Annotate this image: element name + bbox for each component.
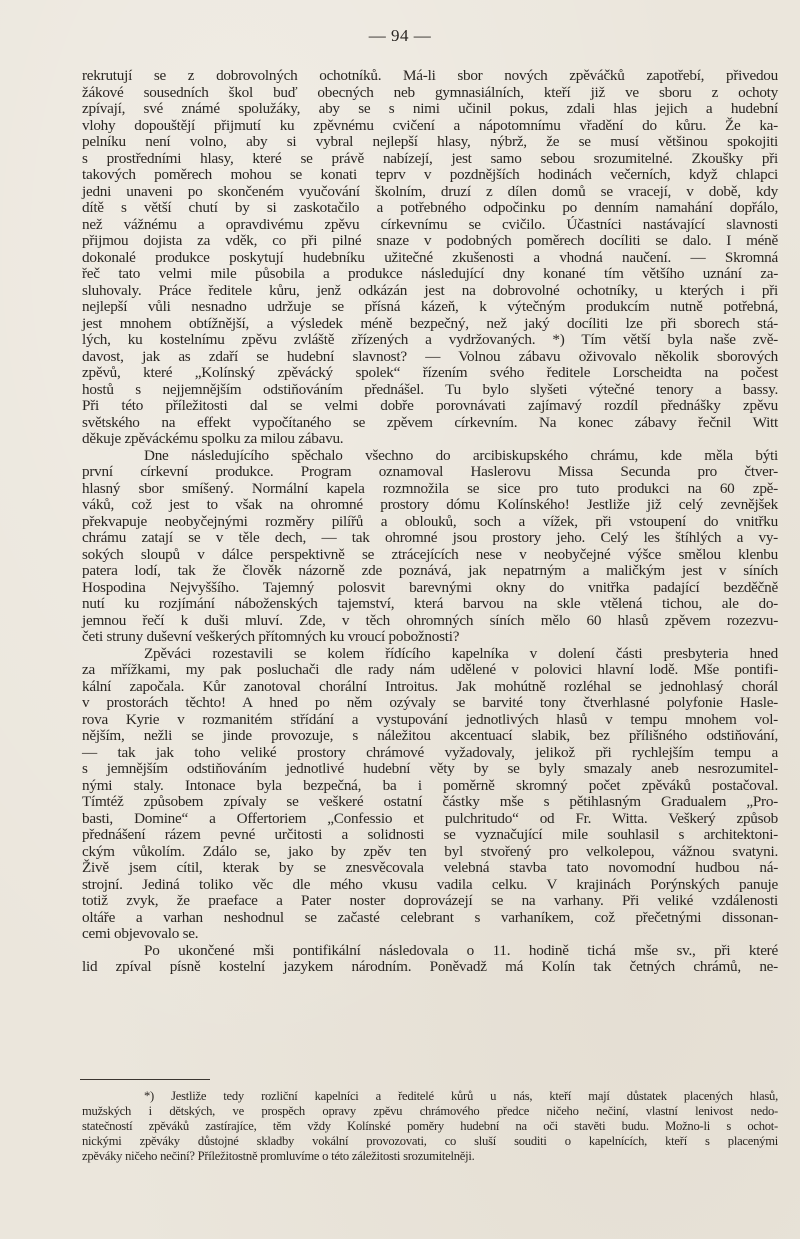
text-line: přednášení rázem pevné určitosti a solid… (82, 827, 778, 844)
text-line: takových poměrech mohou se konati teprv … (82, 167, 778, 184)
text-line: strojní. Jediná toliko věc dle mého vkus… (82, 877, 778, 894)
text-line: nými staly. Intonace byla bezpečná, ba i… (82, 778, 778, 795)
text-line: váků, což jest to však na ohromné prosto… (82, 497, 778, 514)
text-line: Živě jsem cítil, kterak by se znesvěcova… (82, 860, 778, 877)
text-line: dítě s větší chutí by si zaskotačilo a p… (82, 200, 778, 217)
text-line: Tímtéž způsobem zpívaly se veškeré ostat… (82, 794, 778, 811)
text-line: nutí ku rozjímání náboženských tajemství… (82, 596, 778, 613)
footnote-separator (80, 1079, 210, 1080)
text-line: překvapuje neobyčejnými rozměry pilířů a… (82, 514, 778, 531)
text-line: nějším, nežli se jinde provozuje, s nále… (82, 728, 778, 745)
text-line: než vážnému a opravdivému zpěvu církevní… (82, 217, 778, 234)
text-line: dokonalé produkce poskytují hudebníku už… (82, 250, 778, 267)
text-line: hlasný sbor smíšený. Normální kapela roz… (82, 481, 778, 498)
text-line: pelníku není volno, aby si vybral nejlep… (82, 134, 778, 151)
text-line: — tak jak toho veliké prostory chrámové … (82, 745, 778, 762)
footnote-line: statečností zpěváků zastírajíce, těm vžd… (82, 1119, 778, 1134)
text-line: první církevní produkce. Program oznamov… (82, 464, 778, 481)
text-line: nejlepší vůli nesnadno udržuje se přísná… (82, 299, 778, 316)
text-line: zpěvů, které „Kolínský zpěvácký spolek“ … (82, 365, 778, 382)
text-line: chrámu zatají se v těle dech, — tak ohro… (82, 530, 778, 547)
text-line: rova Kyrie v rozmanitém střídání a vystu… (82, 712, 778, 729)
text-line: Zpěváci rozestavili se kolem řídícího ka… (82, 646, 778, 663)
text-line: kální započala. Kůr zanotoval chorální I… (82, 679, 778, 696)
text-line: patera lodí, tak že člověk názorně zde p… (82, 563, 778, 580)
text-line: totiž zvyk, že praeface a Pater noster d… (82, 893, 778, 910)
text-line: sluhovaly. Práce ředitele kůru, jenž odk… (82, 283, 778, 300)
text-line: v prostorách těchto! A hned po něm ozýva… (82, 695, 778, 712)
book-page: — 94 — rekrutují se z dobrovolných ochot… (0, 0, 800, 1239)
text-line: řeč tato velmi mile působila a produkce … (82, 266, 778, 283)
text-line: vlohy dopouštějí přijmutí ku zpěvnému cv… (82, 118, 778, 135)
text-line: jest mnohem obtížnější, a výsledek méně … (82, 316, 778, 333)
text-line: za mřížkami, my pak posluchači dle rady … (82, 662, 778, 679)
text-line: přijmou dojista za vděk, co při pilné sn… (82, 233, 778, 250)
text-line: Hospodina Nejvyššího. Tajemný polosvit b… (82, 580, 778, 597)
page-number: — 94 — (0, 26, 800, 46)
text-line: jedni unaveni po skončeném vyučování ško… (82, 184, 778, 201)
text-line: hostů s nejjemnějším odstiňováním předná… (82, 382, 778, 399)
text-line: s jemnějším odstiňováním jednotlivé hude… (82, 761, 778, 778)
footnote-line: zpěváky ničeho nečiní? Příležitostně pro… (82, 1149, 778, 1164)
text-line: četi struny duševní veškerých přítomných… (82, 629, 778, 646)
footnote-line: nickými zpěváky důstojné skladby vokální… (82, 1134, 778, 1149)
text-line: děkuje zpěváckému spolku za milou zábavu… (82, 431, 778, 448)
text-line: zpívají, své známé spolužáky, aby se s n… (82, 101, 778, 118)
text-line: žákové sousedních škol buď obecných neb … (82, 85, 778, 102)
body-text: rekrutují se z dobrovolných ochotníků. M… (82, 68, 778, 976)
footnote: *) Jestliže tedy rozliční kapelníci a ře… (82, 1089, 778, 1164)
text-line: cemi objevovalo se. (82, 926, 778, 943)
footnote-line: mužských i dětských, ve prospěch opravy … (82, 1104, 778, 1119)
text-line: Při této příležitosti dal se velmi dobře… (82, 398, 778, 415)
text-line: basti, Domine“ a Offertoriem „Confessio … (82, 811, 778, 828)
text-line: oltáře a varhan neshodnul se začasté cel… (82, 910, 778, 927)
text-line: s prostředními hlasy, které se právě nab… (82, 151, 778, 168)
text-line: Dne následujícího spěchalo všechno do ar… (82, 448, 778, 465)
text-line: jemnou řečí k duši mluví. Zde, v těch oh… (82, 613, 778, 630)
text-line: ckým vůkolím. Zdálo se, jako by zpěv ten… (82, 844, 778, 861)
footnote-line: *) Jestliže tedy rozliční kapelníci a ře… (82, 1089, 778, 1104)
text-line: sokých sloupů v dálce perspektivně se zt… (82, 547, 778, 564)
text-line: lých, ku kostelnímu zpěvu zvláště zřízen… (82, 332, 778, 349)
text-line: světského na effekt vypočítaného se zpěv… (82, 415, 778, 432)
text-line: lid zpíval písně kostelní jazykem národn… (82, 959, 778, 976)
text-line: Po ukončené mši pontifikální následovala… (82, 943, 778, 960)
text-line: rekrutují se z dobrovolných ochotníků. M… (82, 68, 778, 85)
text-line: davost, jak as zdaří se hudební slavnost… (82, 349, 778, 366)
